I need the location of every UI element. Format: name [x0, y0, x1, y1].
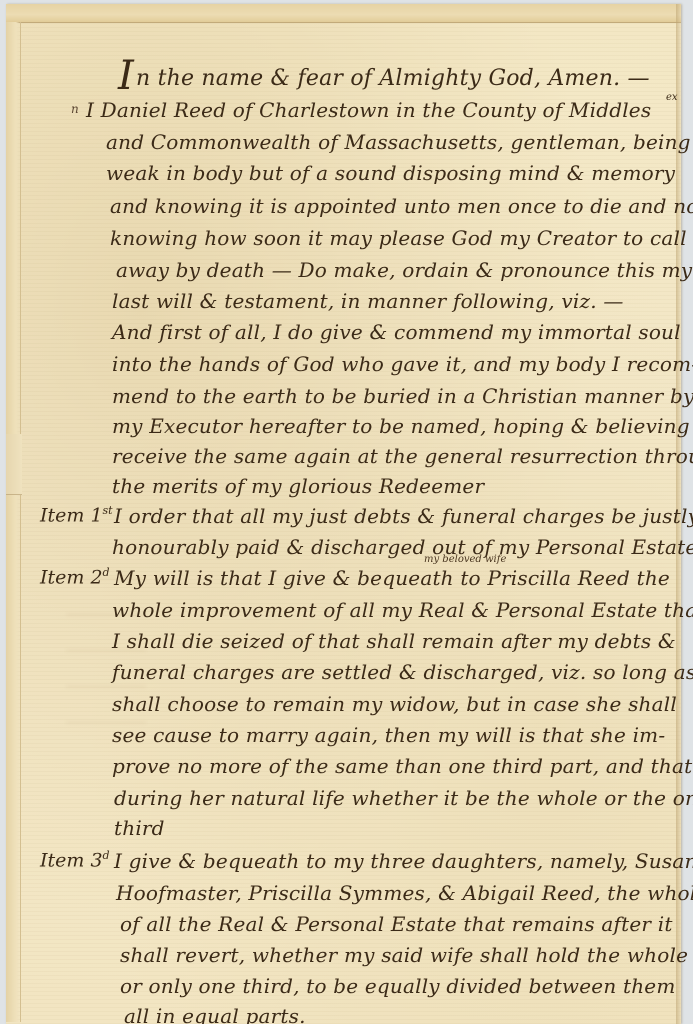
preamble-line-4: weak in body but of a sound disposing mi… — [106, 161, 675, 185]
item-2-line-1: My will is that I give & bequeath to Pri… — [114, 566, 670, 590]
preamble-line-7: away by death — Do make, ordain & pronou… — [116, 258, 692, 282]
item-2-line-3: I shall die seized of that shall remain … — [112, 629, 676, 653]
top-fold — [6, 4, 681, 23]
item-3-line-1: I give & bequeath to my three daughters,… — [114, 849, 693, 873]
preamble-line-5: and knowing it is appointed unto men onc… — [110, 194, 693, 218]
item-2-line-6: see cause to marry again, then my will i… — [112, 723, 665, 747]
item-2-line-2: whole improvement of all my Real & Perso… — [112, 598, 693, 622]
item-1-line-2: honourably paid & discharged out of my P… — [112, 535, 693, 559]
item-3-line-3: of all the Real & Personal Estate that r… — [120, 912, 673, 936]
left-paper-tab — [6, 434, 22, 495]
scanned-document: n In the name & fear of Almighty God, Am… — [0, 0, 693, 1024]
preamble-line-2: I Daniel Reed of Charlestown in the Coun… — [86, 98, 651, 122]
preamble-line-11: mend to the earth to be buried in a Chri… — [112, 384, 693, 408]
preamble-line-14: the merits of my glorious Redeemer — [112, 474, 484, 498]
invocation-line: In the name & fear of Almighty God, Amen… — [118, 66, 650, 91]
item-3-line-4: shall revert, whether my said wife shall… — [120, 943, 688, 967]
preamble-line-3: and Commonwealth of Massachusetts, gentl… — [106, 130, 691, 154]
preamble-line-12: my Executor hereafter to be named, hopin… — [112, 414, 693, 438]
item-2-line-5: shall choose to remain my widow, but in … — [112, 692, 677, 716]
marginal-mark: n — [71, 102, 79, 116]
preamble-line-9: And first of all, I do give & commend my… — [112, 320, 681, 344]
preamble-line-6: knowing how soon it may please God my Cr… — [110, 226, 693, 250]
item-2-line-7: prove no more of the same than one third… — [112, 754, 692, 778]
item-2-line-8: during her natural life whether it be th… — [114, 786, 693, 810]
item-3-line-2: Hoofmaster, Priscilla Symmes, & Abigail … — [116, 881, 693, 905]
item-2-label: Item 2d — [40, 566, 110, 588]
preamble-line-13: receive the same again at the general re… — [112, 444, 693, 468]
drop-cap: I — [118, 53, 134, 99]
item-3-line-5: or only one third, to be equally divided… — [120, 974, 675, 998]
item-2-line-9: third — [114, 816, 165, 840]
item-1-label: Item 1st — [40, 504, 113, 526]
county-superscript: ex — [666, 92, 678, 103]
item-3-line-6: all in equal parts. — [124, 1004, 306, 1024]
preamble-line-10: into the hands of God who gave it, and m… — [112, 352, 693, 376]
item-3-label: Item 3d — [40, 849, 110, 871]
item-2-interlineation: my beloved wife — [424, 554, 506, 565]
item-1-line-1: I order that all my just debts & funeral… — [114, 504, 693, 528]
left-stained-edge — [6, 22, 21, 1022]
item-2-line-4: funeral charges are settled & discharged… — [112, 660, 693, 684]
paper-sheet: n In the name & fear of Almighty God, Am… — [6, 4, 681, 1024]
preamble-line-8: last will & testament, in manner followi… — [112, 289, 624, 313]
